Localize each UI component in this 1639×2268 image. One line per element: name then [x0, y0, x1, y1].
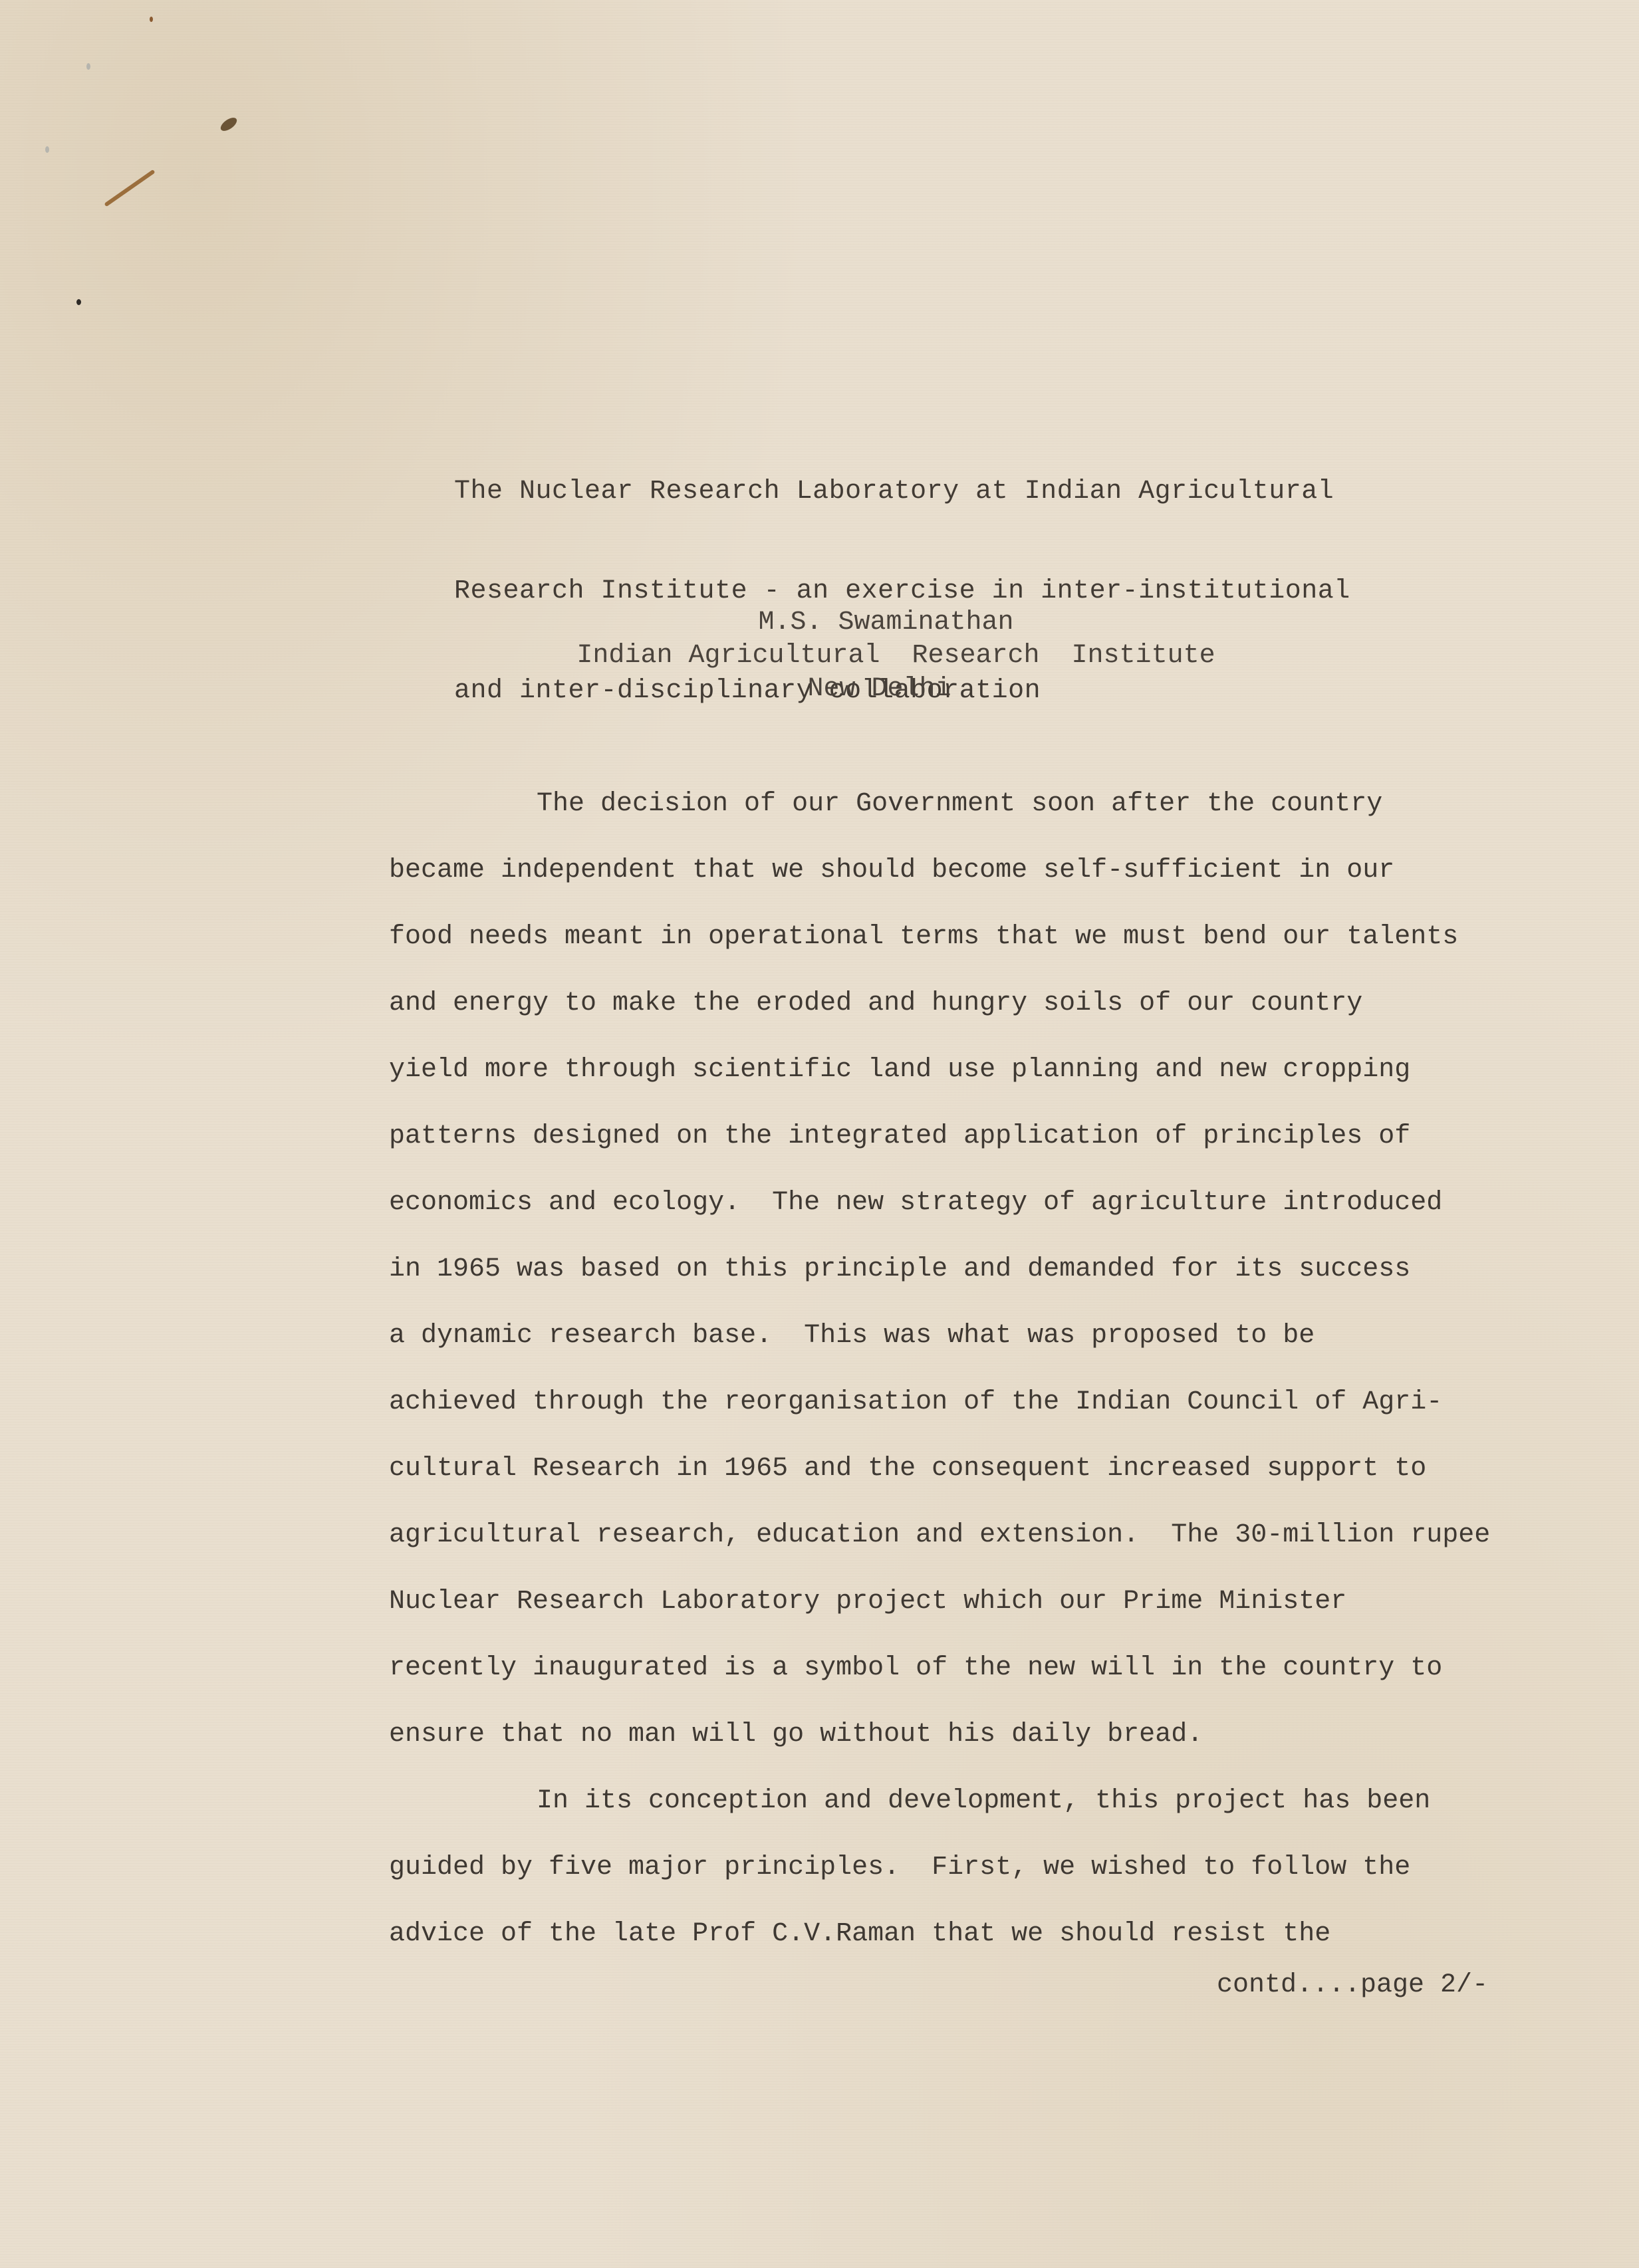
text-line: yield more through scientific land use p… [389, 1037, 1546, 1103]
body-text: The decision of our Government soon afte… [389, 771, 1546, 1968]
text-line: recently inaugurated is a symbol of the … [389, 1635, 1546, 1702]
stain-mark [219, 115, 239, 134]
text-line: achieved through the reorganisation of t… [389, 1369, 1546, 1436]
typewritten-page: The Nuclear Research Laboratory at India… [0, 0, 1639, 2268]
text-line: food needs meant in operational terms th… [389, 904, 1546, 970]
text-line: Nuclear Research Laboratory project whic… [389, 1569, 1546, 1635]
text-line: guided by five major principles. First, … [389, 1835, 1546, 1901]
text-line: The decision of our Government soon afte… [389, 771, 1546, 838]
stain-mark [150, 17, 153, 22]
text-line: and energy to make the eroded and hungry… [389, 970, 1546, 1037]
stain-mark [86, 63, 90, 70]
text-line: advice of the late Prof C.V.Raman that w… [389, 1901, 1546, 1968]
document-title: The Nuclear Research Laboratory at India… [454, 409, 1350, 774]
author-block: M.S. Swaminathan Indian Agricultural Res… [0, 606, 1639, 706]
paragraph: The decision of our Government soon afte… [389, 771, 1546, 1768]
text-line: In its conception and development, this … [389, 1768, 1546, 1835]
continuation-note: contd....page 2/- [1217, 1969, 1488, 2002]
title-line: The Nuclear Research Laboratory at India… [454, 475, 1350, 509]
text-line: became independent that we should become… [389, 838, 1546, 904]
text-line: in 1965 was based on this principle and … [389, 1236, 1546, 1303]
stain-mark [104, 170, 155, 207]
stain-mark [45, 146, 49, 153]
title-line: Research Institute - an exercise in inte… [454, 575, 1350, 608]
author-name: M.S. Swaminathan [133, 606, 1639, 639]
paragraph: In its conception and development, this … [389, 1768, 1546, 1968]
text-line: cultural Research in 1965 and the conseq… [389, 1436, 1546, 1502]
text-line: agricultural research, education and ext… [389, 1502, 1546, 1569]
text-line: economics and ecology. The new strategy … [389, 1170, 1546, 1236]
stain-mark [76, 299, 81, 305]
text-line: a dynamic research base. This was what w… [389, 1303, 1546, 1369]
author-city: New Delhi [120, 673, 1639, 706]
author-institution: Indian Agricultural Research Institute [153, 639, 1639, 673]
text-line: ensure that no man will go without his d… [389, 1702, 1546, 1768]
text-line: patterns designed on the integrated appl… [389, 1103, 1546, 1170]
